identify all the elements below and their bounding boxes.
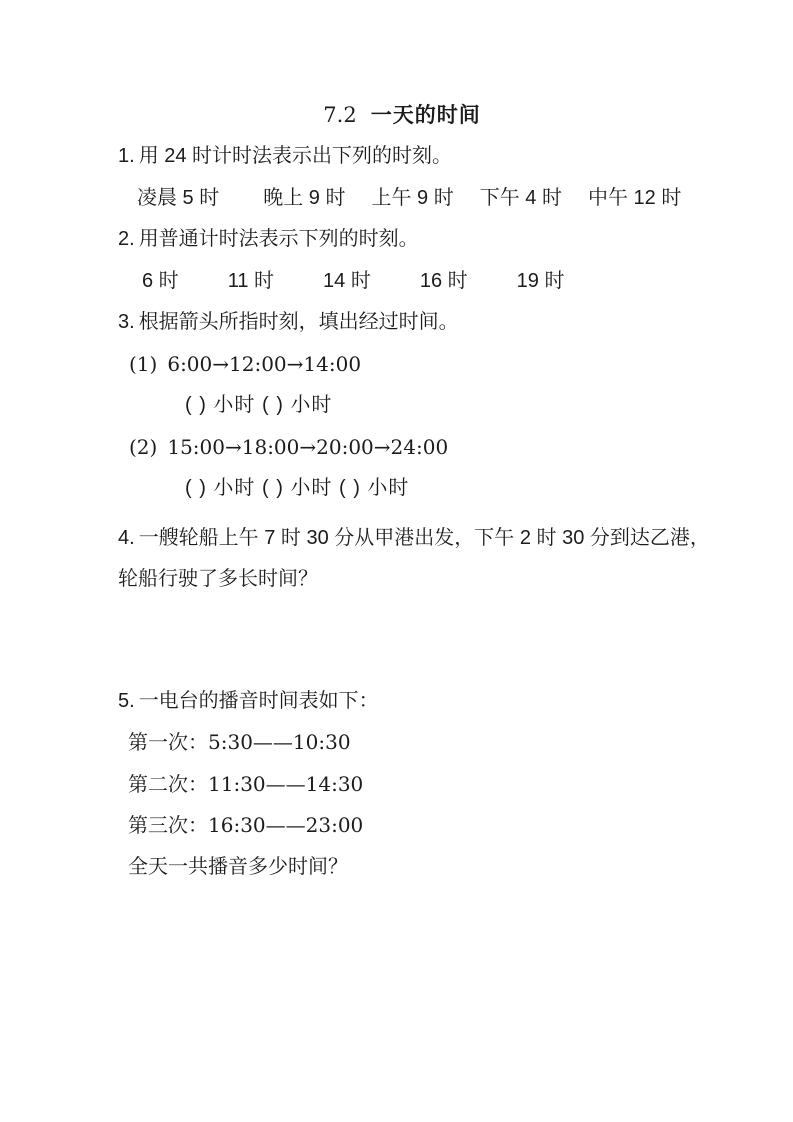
question-1-text: 用 24 时计时法表示出下列的时刻。: [139, 145, 452, 167]
broadcast-1-range: 5:30——10:30: [208, 730, 351, 754]
question-4-number: 4.: [118, 527, 135, 549]
q1-option: 凌晨 5 时: [137, 178, 219, 220]
q2-option: 6 时: [142, 261, 179, 303]
question-3-text: 根据箭头所指时刻，填出经过时间。: [139, 311, 459, 333]
worksheet-page: 7.2一天的时间 1.用 24 时计时法表示出下列的时刻。 凌晨 5 时 晚上 …: [0, 0, 793, 1122]
question-1: 1.用 24 时计时法表示出下列的时刻。: [118, 136, 695, 178]
q3-part-1-label: (1): [129, 352, 157, 376]
q3-part-1: (1)6:00→12:00→14:00: [118, 344, 695, 386]
question-5-intro: 一电台的播音时间表如下：: [139, 690, 379, 712]
question-2-options: 6 时 11 时 14 时 16 时 19 时: [118, 261, 695, 303]
q3-part-2: (2)15:00→18:00→20:00→24:00: [118, 427, 695, 469]
broadcast-3-range: 16:30——23:00: [208, 813, 363, 837]
q2-option: 16 时: [420, 261, 468, 303]
broadcast-3-label: 第三次：: [128, 815, 208, 837]
question-2-number: 2.: [118, 228, 135, 250]
q2-option: 11 时: [228, 261, 274, 303]
question-2-text: 用普通计时法表示下列的时刻。: [139, 228, 419, 250]
question-3-number: 3.: [118, 311, 135, 333]
question-3: 3.根据箭头所指时刻，填出经过时间。: [118, 302, 695, 344]
question-5-final: 全天一共播音多少时间？: [118, 847, 695, 889]
broadcast-row-2: 第二次：11:30——14:30: [118, 764, 695, 806]
q1-option: 晚上 9 时: [263, 178, 345, 220]
question-2: 2.用普通计时法表示下列的时刻。: [118, 219, 695, 261]
section-number: 7.2: [323, 103, 356, 127]
broadcast-2-label: 第二次：: [128, 774, 208, 796]
question-5-number: 5.: [118, 690, 135, 712]
q1-option: 下午 4 时: [480, 178, 562, 220]
q3-part-1-blanks: ( ) 小时 ( ) 小时: [118, 385, 695, 427]
broadcast-1-label: 第一次：: [128, 732, 208, 754]
question-1-number: 1.: [118, 145, 135, 167]
q3-part-2-label: (2): [129, 435, 157, 459]
q4-answer-space: [118, 601, 695, 681]
q1-option: 中午 12 时: [588, 178, 681, 220]
q1-option: 上午 9 时: [372, 178, 454, 220]
broadcast-2-range: 11:30——14:30: [208, 772, 363, 796]
q2-option: 14 时: [323, 261, 371, 303]
question-4: 4.一艘轮船上午 7 时 30 分从甲港出发，下午 2 时 30 分到达乙港，轮…: [118, 518, 710, 601]
q3-part-2-blanks: ( ) 小时 ( ) 小时 ( ) 小时: [118, 468, 695, 510]
section-title: 一天的时间: [371, 104, 481, 127]
q2-option: 19 时: [517, 261, 565, 303]
broadcast-row-3: 第三次：16:30——23:00: [118, 805, 695, 847]
question-1-options: 凌晨 5 时 晚上 9 时 上午 9 时 下午 4 时 中午 12 时: [118, 178, 695, 220]
question-5: 5.一电台的播音时间表如下：: [118, 681, 695, 723]
q3-part-1-sequence: 6:00→12:00→14:00: [167, 352, 361, 376]
question-4-text: 一艘轮船上午 7 时 30 分从甲港出发，下午 2 时 30 分到达乙港，轮船行…: [118, 527, 710, 591]
q3-part-2-sequence: 15:00→18:00→20:00→24:00: [167, 435, 448, 459]
broadcast-row-1: 第一次：5:30——10:30: [118, 722, 695, 764]
page-title: 7.2一天的时间: [109, 94, 695, 136]
